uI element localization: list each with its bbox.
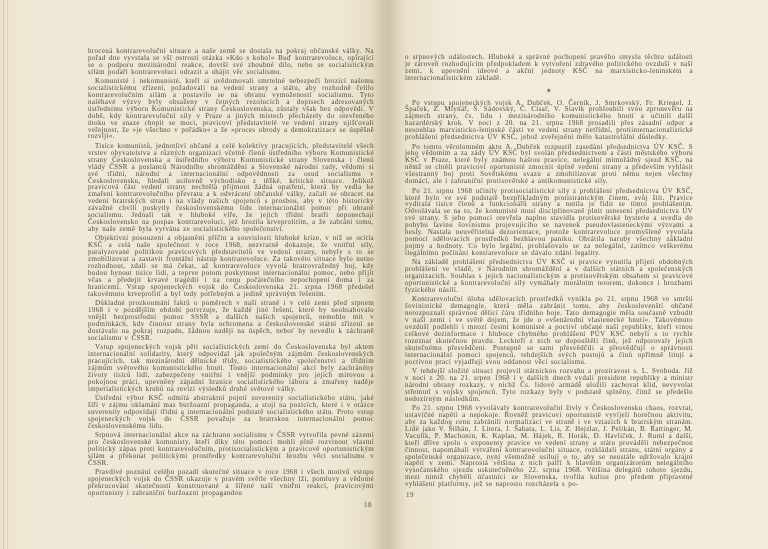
book-spread: hrocená kontrarevoluční situace a naše z… (0, 0, 768, 549)
paragraph: hrocená kontrarevoluční situace a naše z… (88, 48, 374, 76)
paragraph: Po vstupu spojeneckých vojsk A. Dubček, … (405, 100, 693, 141)
page-edge-line (7, 0, 8, 549)
paragraph: Pravdivé poznání celého pozadí skutečné … (88, 469, 374, 497)
book-spine-shadow (370, 0, 408, 549)
page-right-text: o srpnových událostech. Hluboké a správn… (405, 54, 693, 488)
page-left-text: hrocená kontrarevoluční situace a naše z… (88, 48, 374, 497)
section-divider-star-icon: ✶ (405, 88, 693, 95)
paragraph: Tisíce komunistů, jednotliví občané a ce… (88, 143, 374, 233)
page-edge-line (3, 0, 4, 549)
paragraph: Srpnová internacionální akce na záchranu… (88, 432, 374, 467)
paragraph: Komunisté i nekomunisté, kteří si uvědom… (88, 78, 374, 140)
paragraph: Po tomto věrolomném aktu A. Dubček rozpu… (405, 144, 693, 185)
paragraph: Ústřední výbor KSČ odmítá abstraktní poj… (88, 395, 374, 430)
page-number-right: 19 (406, 491, 414, 499)
paragraph: Po 21. srpnu 1968 vyvolávaly kontrarevol… (405, 405, 693, 488)
paragraph: V tehdejší složité situaci projevil stát… (405, 368, 693, 403)
paragraph: Důkladné prozkoumání faktů o poměrech v … (88, 300, 374, 341)
paragraph: Kontrarevoluční úloha sdělovacích prostř… (405, 296, 693, 365)
paragraph: o srpnových událostech. Hluboké a správn… (405, 54, 693, 82)
page-number-left: 18 (88, 501, 372, 509)
paragraph: Na základě prohlášení předsednictva ÚV K… (405, 259, 693, 294)
paragraph: Objektivní posouzení a objasnění příčin … (88, 235, 374, 297)
paragraph: Po 21. srpnu 1968 učinily protisocialist… (405, 188, 693, 257)
paragraph: Vstup spojeneckých vojsk pěti socialisti… (88, 344, 374, 392)
